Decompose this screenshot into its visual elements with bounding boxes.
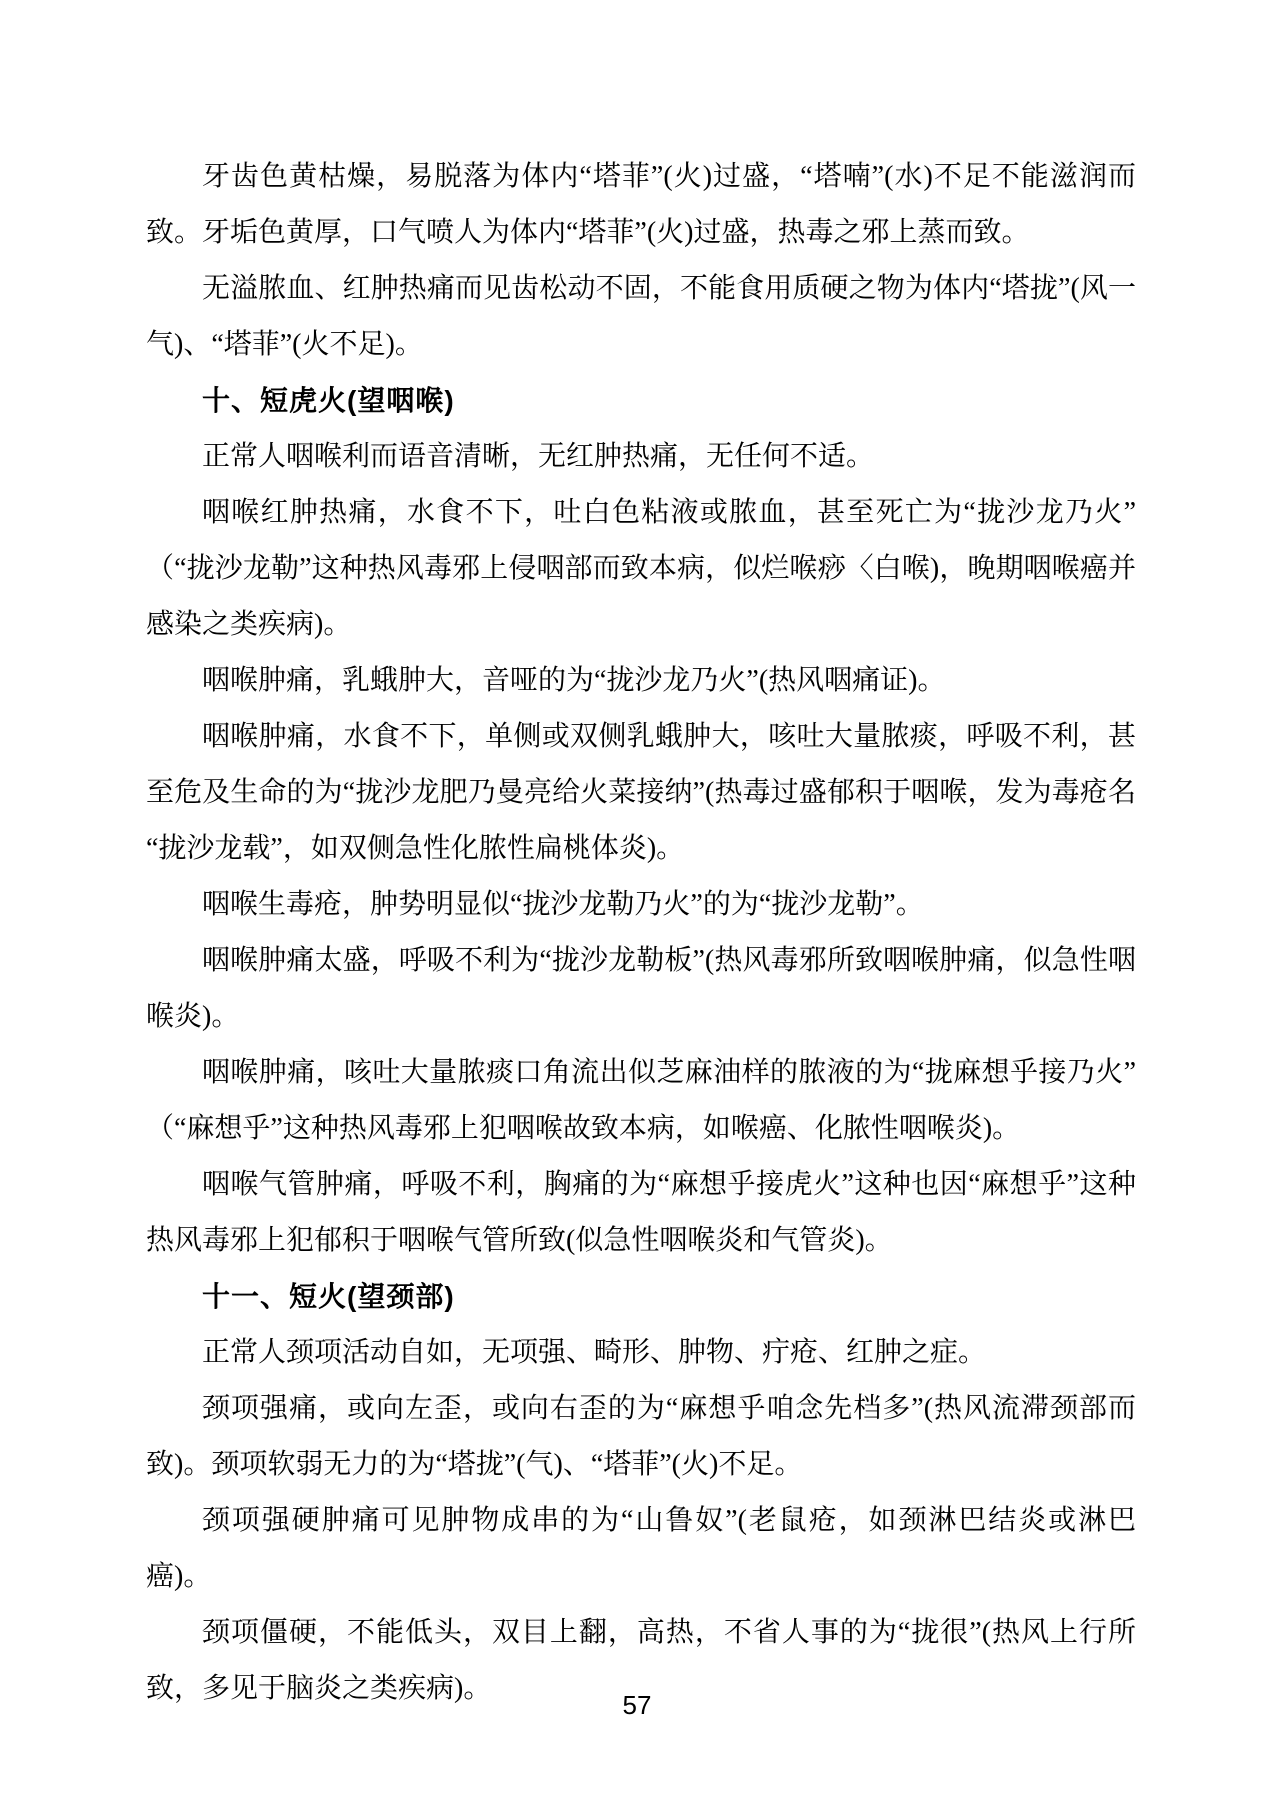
document-page: { "page": { "number": "57" }, "blocks": … (0, 0, 1274, 1801)
paragraph-normal-neck: 正常人颈项活动自如，无项强、畸形、肿物、疔疮、红肿之症。 (146, 1325, 1136, 1381)
paragraph-tonsil-swollen: 咽喉肿痛，乳蛾肿大，音哑的为“拢沙龙乃火”(热风咽痛证)。 (146, 653, 1136, 709)
paragraph-tonsil-pus: 咽喉肿痛，水食不下，单侧或双侧乳蛾肿大，咳吐大量脓痰，呼吸不利，甚至危及生命的为… (146, 709, 1136, 877)
page-number: 57 (0, 1688, 1274, 1722)
section-heading-throat: 十、短虎火(望咽喉) (146, 373, 1136, 429)
document-body: 牙齿色黄枯燥，易脱落为体内“塔菲”(火)过盛，“塔喃”(水)不足不能滋润而致。牙… (146, 149, 1136, 1717)
paragraph-throat-swelling-severe: 咽喉肿痛太盛，呼吸不利为“拢沙龙勒板”(热风毒邪所致咽喉肿痛，似急性咽喉炎)。 (146, 933, 1136, 1045)
section-heading-neck: 十一、短火(望颈部) (146, 1269, 1136, 1325)
paragraph-normal-throat: 正常人咽喉利而语音清晰，无红肿热痛，无任何不适。 (146, 429, 1136, 485)
paragraph-throat-sesame-pus: 咽喉肿痛，咳吐大量脓痰口角流出似芝麻油样的脓液的为“拢麻想乎接乃火”（“麻想乎”… (146, 1045, 1136, 1157)
paragraph-throat-trachea: 咽喉气管肿痛，呼吸不利，胸痛的为“麻想乎接虎火”这种也因“麻想乎”这种热风毒邪上… (146, 1157, 1136, 1269)
paragraph-teeth-yellow-dry: 牙齿色黄枯燥，易脱落为体内“塔菲”(火)过盛，“塔喃”(水)不足不能滋润而致。牙… (146, 149, 1136, 261)
paragraph-throat-red-swollen: 咽喉红肿热痛，水食不下，吐白色粘液或脓血，甚至死亡为“拢沙龙乃火”（“拢沙龙勒”… (146, 485, 1136, 653)
paragraph-neck-stiff-pain: 颈项强痛，或向左歪，或向右歪的为“麻想乎咱念先档多”(热风流滞颈部而致)。颈项软… (146, 1381, 1136, 1493)
paragraph-throat-sore: 咽喉生毒疮，肿势明显似“拢沙龙勒乃火”的为“拢沙龙勒”。 (146, 877, 1136, 933)
paragraph-teeth-loose: 无溢脓血、红肿热痛而见齿松动不固，不能食用质硬之物为体内“塔拢”(风一气)、“塔… (146, 261, 1136, 373)
paragraph-neck-lumps: 颈项强硬肿痛可见肿物成串的为“山鲁奴”(老鼠疮，如颈淋巴结炎或淋巴癌)。 (146, 1493, 1136, 1605)
